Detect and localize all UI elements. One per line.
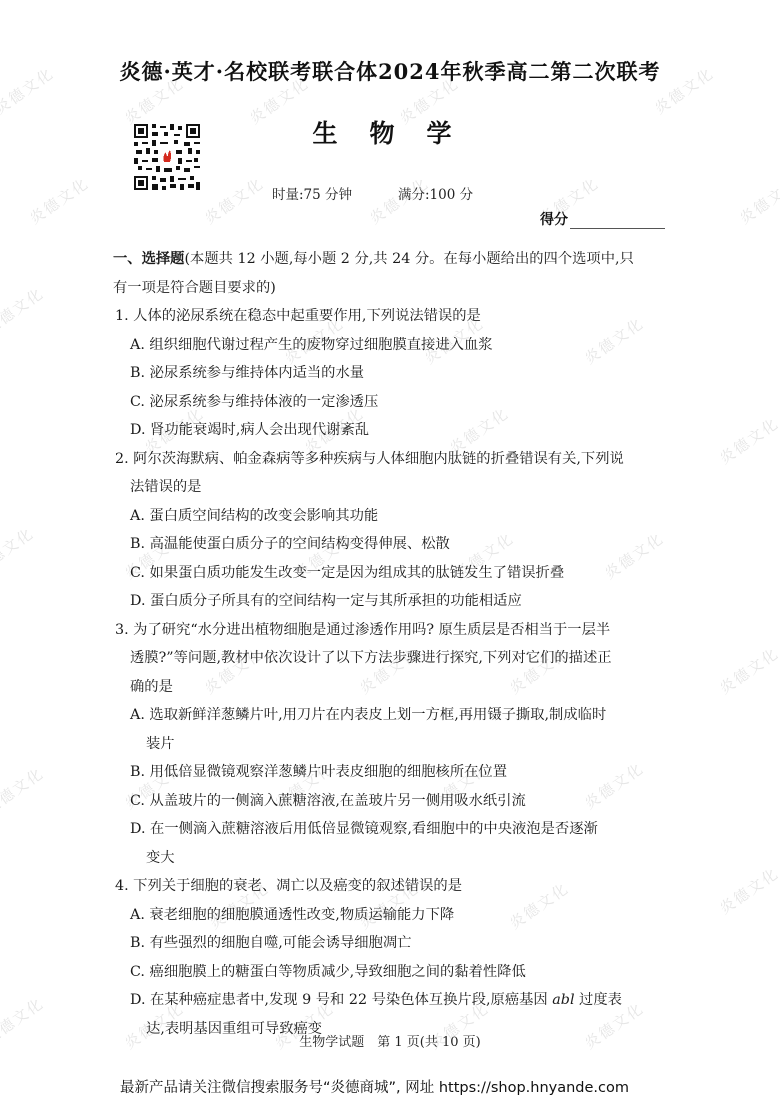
- question-1: 1. 人体的泌尿系统在稳态中起重要作用,下列说法错误的是 A. 组织细胞代谢过程…: [113, 302, 683, 445]
- full-score: 满分:100 分: [398, 183, 473, 203]
- option-a-cont[interactable]: 装片: [113, 730, 683, 759]
- question-3: 3. 为了研究“水分进出植物细胞是通过渗透作用吗? 原生质层是否相当于一层半 透…: [113, 616, 683, 873]
- option-c[interactable]: C. 癌细胞膜上的糖蛋白等物质减少,导致细胞之间的黏着性降低: [113, 958, 683, 987]
- section-instructions: (本题共 12 小题,每小题 2 分,共 24 分。在每小题给出的四个选项中,只: [184, 251, 633, 267]
- option-c[interactable]: C. 泌尿系统参与维持体液的一定渗透压: [113, 388, 683, 417]
- option-d[interactable]: D. 在一侧滴入蔗糖溶液后用低倍显微镜观察,看细胞中的中央液泡是否逐渐: [113, 815, 683, 844]
- option-c[interactable]: C. 如果蛋白质功能发生改变一定是因为组成其的肽链发生了错误折叠: [113, 559, 683, 588]
- option-d-cont[interactable]: 变大: [113, 844, 683, 873]
- score-blank[interactable]: [570, 213, 665, 229]
- watermark-text: 炎德文化: [715, 642, 780, 698]
- watermark-text: 炎德文化: [715, 862, 780, 918]
- section-heading: 一、选择题(本题共 12 小题,每小题 2 分,共 24 分。在每小题给出的四个…: [113, 245, 683, 274]
- question-stem: 4. 下列关于细胞的衰老、凋亡以及癌变的叙述错误的是: [113, 872, 683, 901]
- exam-page: 炎德文化 炎德文化 炎德文化 炎德文化 炎德文化 炎德文化 炎德文化 炎德文化 …: [0, 0, 780, 1104]
- section-title: 一、选择题: [113, 251, 184, 267]
- option-a[interactable]: A. 选取新鲜洋葱鳞片叶,用刀片在内表皮上划一方框,再用镊子撕取,制成临时: [113, 701, 683, 730]
- question-stem-cont: 透膜?”等问题,教材中依次设计了以下方法步骤进行探究,下列对它们的描述正: [113, 644, 683, 673]
- option-a[interactable]: A. 组织细胞代谢过程产生的废物穿过细胞膜直接进入血浆: [113, 331, 683, 360]
- watermark-text: 炎德文化: [0, 282, 48, 338]
- section-instructions-cont: 有一项是符合题目要求的): [113, 274, 683, 303]
- question-stem: 1. 人体的泌尿系统在稳态中起重要作用,下列说法错误的是: [113, 302, 683, 331]
- option-c[interactable]: C. 从盖玻片的一侧滴入蔗糖溶液,在盖玻片另一侧用吸水纸引流: [113, 787, 683, 816]
- option-d-text-tail: 过度表: [575, 992, 622, 1008]
- question-stem: 2. 阿尔茨海默病、帕金森病等多种疾病与人体细胞内肽链的折叠错误有关,下列说: [113, 445, 683, 474]
- watermark-text: 炎德文化: [0, 522, 38, 578]
- question-stem-cont: 确的是: [113, 673, 683, 702]
- option-a[interactable]: A. 衰老细胞的细胞膜通透性改变,物质运输能力下降: [113, 901, 683, 930]
- question-4: 4. 下列关于细胞的衰老、凋亡以及癌变的叙述错误的是 A. 衰老细胞的细胞膜通透…: [113, 872, 683, 1043]
- option-d[interactable]: D. 肾功能衰竭时,病人会出现代谢紊乱: [113, 416, 683, 445]
- option-b[interactable]: B. 有些强烈的细胞自噬,可能会诱导细胞凋亡: [113, 929, 683, 958]
- page-footer: 生物学试题 第 1 页(共 10 页): [0, 1031, 780, 1050]
- promo-footer[interactable]: 最新产品请关注微信搜索服务号“炎德商城”, 网址 https://shop.hn…: [120, 1076, 629, 1097]
- watermark-text: 炎德文化: [715, 412, 780, 468]
- watermark-text: 炎德文化: [0, 762, 48, 818]
- question-section: 一、选择题(本题共 12 小题,每小题 2 分,共 24 分。在每小题给出的四个…: [113, 245, 683, 1043]
- option-d-text: D. 在某种癌症患者中,发现 9 号和 22 号染色体互换片段,原癌基因: [130, 992, 552, 1008]
- exam-title: 炎德·英才·名校联考联合体2024年秋季高二第二次联考: [0, 56, 780, 86]
- score-field: 得分: [540, 209, 665, 229]
- watermark-text: 炎德文化: [735, 172, 780, 228]
- option-b[interactable]: B. 用低倍显微镜观察洋葱鳞片叶表皮细胞的细胞核所在位置: [113, 758, 683, 787]
- question-stem-cont: 法错误的是: [113, 473, 683, 502]
- option-d[interactable]: D. 在某种癌症患者中,发现 9 号和 22 号染色体互换片段,原癌基因 abl…: [113, 986, 683, 1015]
- gene-name: abl: [552, 992, 574, 1008]
- option-a[interactable]: A. 蛋白质空间结构的改变会影响其功能: [113, 502, 683, 531]
- watermark-text: 炎德文化: [200, 172, 268, 228]
- option-b[interactable]: B. 泌尿系统参与维持体内适当的水量: [113, 359, 683, 388]
- option-d[interactable]: D. 蛋白质分子所具有的空间结构一定与其所承担的功能相适应: [113, 587, 683, 616]
- watermark-text: 炎德文化: [25, 172, 93, 228]
- time-limit: 时量:75 分钟: [272, 183, 352, 203]
- question-stem: 3. 为了研究“水分进出植物细胞是通过渗透作用吗? 原生质层是否相当于一层半: [113, 616, 683, 645]
- subject-title: 生物学: [0, 114, 780, 150]
- question-2: 2. 阿尔茨海默病、帕金森病等多种疾病与人体细胞内肽链的折叠错误有关,下列说 法…: [113, 445, 683, 616]
- score-label: 得分: [540, 209, 568, 229]
- option-b[interactable]: B. 高温能使蛋白质分子的空间结构变得伸展、松散: [113, 530, 683, 559]
